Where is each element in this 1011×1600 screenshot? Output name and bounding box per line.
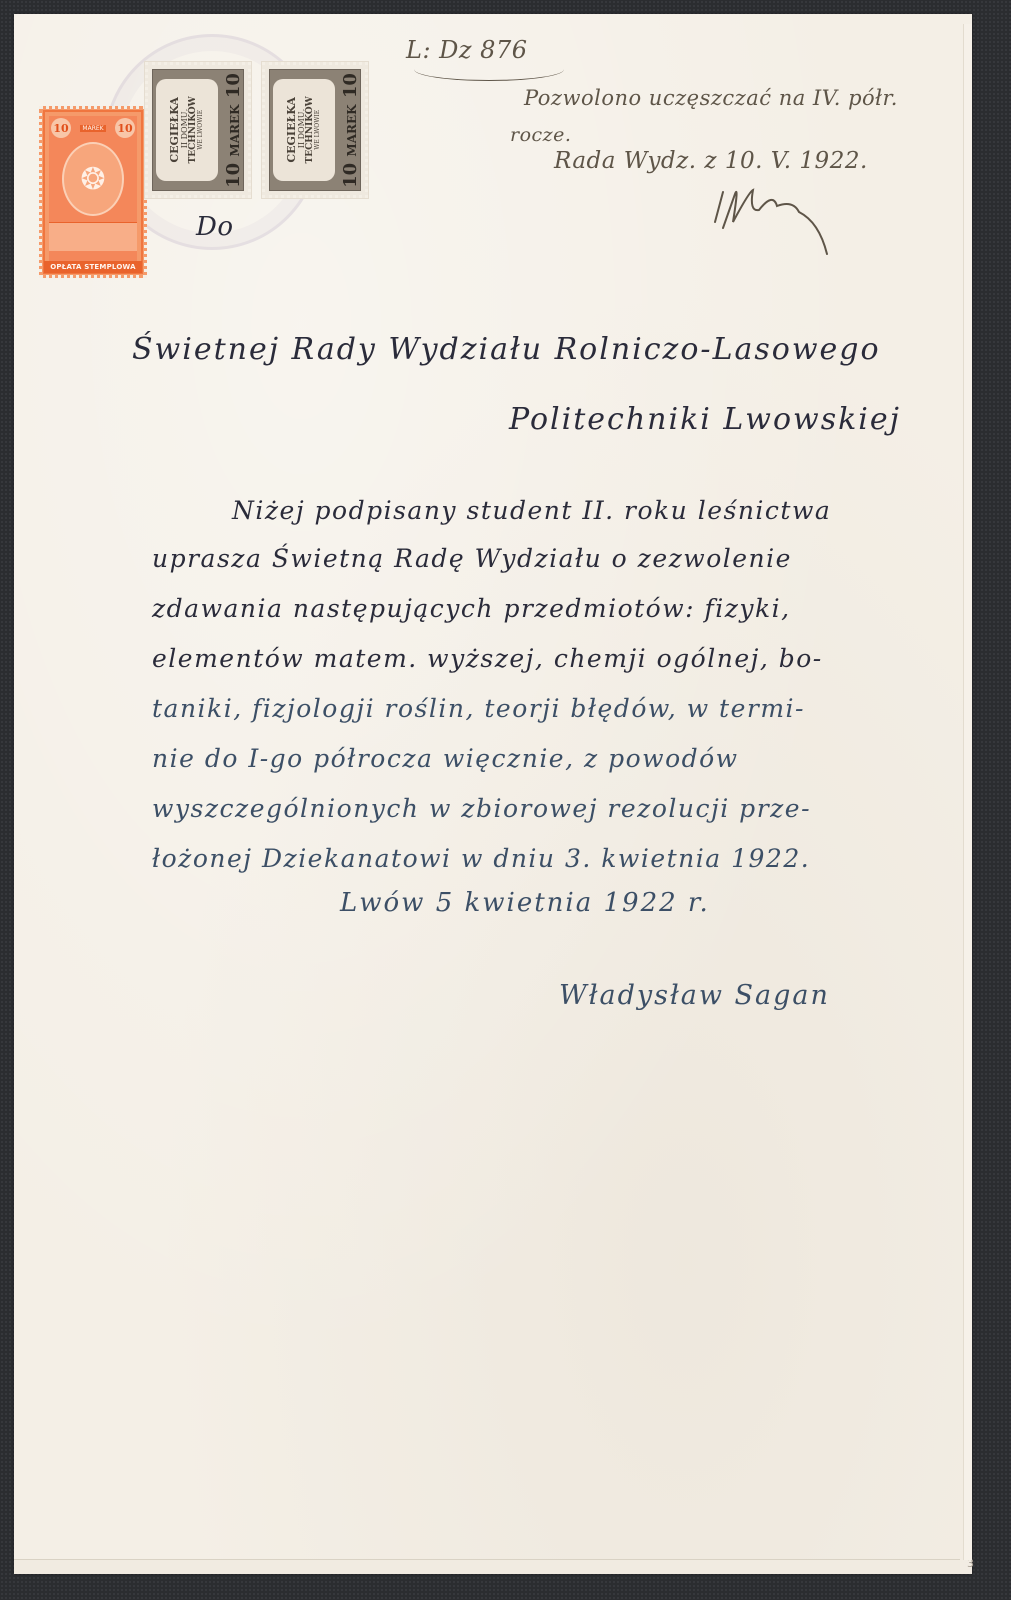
stamp-value: 10 — [340, 73, 361, 98]
signature: Władysław Sagan — [559, 980, 830, 1011]
page-fold — [14, 1559, 960, 1574]
approval-line-2: rocze. — [510, 124, 571, 146]
approval-line-1: Pozwolono uczęszczać na IV. półr. — [524, 86, 898, 110]
body-line-3: zdawania następujących przedmiotów: fizy… — [152, 594, 791, 623]
stamp-label: OPŁATA STEMPLOWA — [44, 261, 142, 273]
body-line-4: elementów matem. wyższej, chemji ogólnej… — [152, 644, 823, 673]
eagle-emblem-icon: ❂ — [62, 142, 124, 216]
stamp-line4: WE LWOWIE — [316, 96, 322, 163]
stamp-currency: MAREK — [345, 104, 359, 156]
stamp-value: 10 — [340, 162, 361, 187]
page-edge — [963, 24, 972, 1560]
stamp-blank-field — [49, 222, 137, 251]
body-line-7: wyszczególnionych w zbiorowej rezolucji … — [152, 794, 811, 823]
document-page: 10 MAREK 10 ❂ OPŁATA STEMPLOWA CEGIEŁKA … — [14, 14, 972, 1574]
body-line-5: taniki, fizjologji roślin, teorji błędów… — [152, 694, 805, 723]
approval-line-3: Rada Wydz. z 10. V. 1922. — [554, 148, 868, 174]
stamp-value-right: 10 — [115, 118, 135, 138]
charity-stamp-1: CEGIEŁKA II DOMU TECHNIKÓW WE LWOWIE 10 … — [145, 62, 251, 198]
body-line-2: upraszа Świetną Radę Wydziału o zezwolen… — [152, 544, 792, 573]
stamp-line4: WE LWOWIE — [199, 96, 205, 163]
salutation: Do — [196, 212, 234, 242]
place-date: Lwów 5 kwietnia 1922 r. — [340, 888, 710, 918]
stamp-value: 10 — [223, 162, 244, 187]
charity-stamp-2: CEGIEŁKA II DOMU TECHNIKÓW WE LWOWIE 10 … — [262, 62, 368, 198]
addressee-line-1: Świetnej Rady Wydziału Rolniczo-Lasowego — [132, 332, 881, 367]
reference-underline — [414, 58, 564, 81]
body-line-1: Niżej podpisany student II. roku leśnict… — [232, 496, 831, 525]
stamp-currency: MAREK — [228, 104, 242, 156]
body-line-8: łożonej Dziekanatowi w dniu 3. kwietnia … — [152, 844, 810, 873]
revenue-stamp: 10 MAREK 10 ❂ OPŁATA STEMPLOWA — [39, 106, 147, 278]
stamp-value: 10 — [223, 73, 244, 98]
stamp-value-left: 10 — [51, 118, 71, 138]
stamp-currency: MAREK — [80, 125, 105, 132]
addressee-line-2: Politechniki Lwowskiej — [509, 402, 901, 437]
body-line-6: nie do I-go półrocza więcznie, z powodów — [152, 744, 739, 773]
initials-signature-icon — [709, 182, 854, 262]
